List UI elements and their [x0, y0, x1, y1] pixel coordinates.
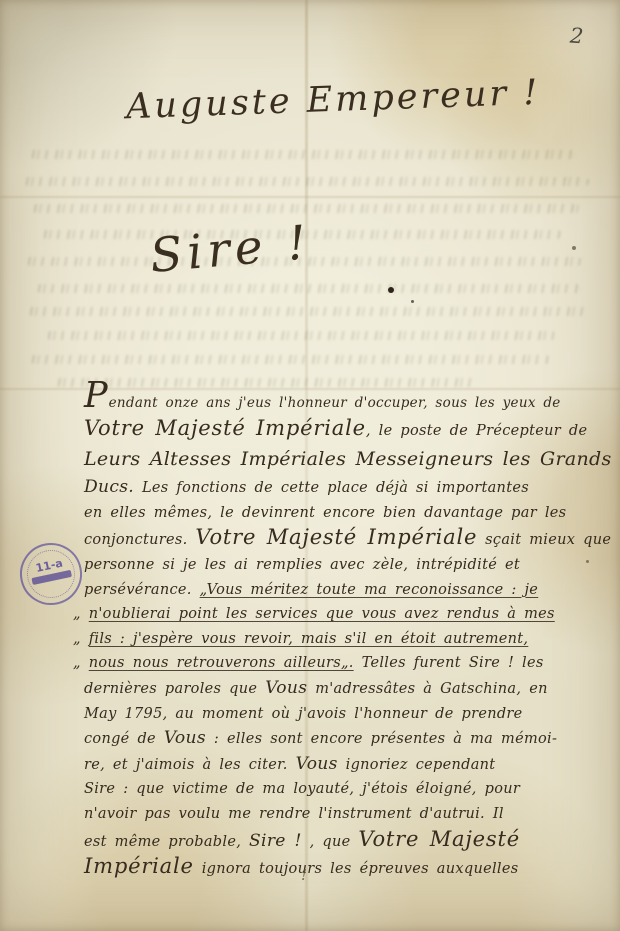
letter-salutation: Sire ! — [148, 215, 314, 284]
manuscript-line: dernières paroles que Vous m'adressâtes … — [84, 676, 606, 702]
bleedthrough-line — [28, 307, 588, 316]
ink-blot — [388, 287, 394, 293]
manuscript-text-segment: dernières paroles que — [84, 681, 265, 697]
manuscript-page: 2 Auguste Empereur ! Sire ! Pendant onze… — [0, 0, 620, 931]
manuscript-line: personne si je les ai remplies avec zèle… — [84, 553, 606, 578]
manuscript-text-segment: Ducs. — [84, 477, 134, 497]
manuscript-text-segment: Sire : que victime de ma loyauté, j'étoi… — [84, 781, 520, 797]
ink-speck — [411, 300, 414, 303]
manuscript-text-segment: , le poste de Précepteur de — [366, 423, 588, 439]
manuscript-text-segment: n'avoir pas voulu me rendre l'instrument… — [84, 806, 504, 822]
manuscript-text-segment: Pendant onze ans j'eus l'honneur d'occup… — [84, 395, 561, 411]
manuscript-text-segment: Impériale — [84, 853, 194, 878]
manuscript-text-segment: „ — [73, 606, 89, 622]
manuscript-line: congé de Vous : elles sont encore présen… — [84, 726, 606, 752]
manuscript-text-segment: : elles sont encore présentes à ma mémoi… — [206, 731, 557, 747]
manuscript-line: Leurs Altesses Impériales Messeigneurs l… — [84, 443, 606, 475]
manuscript-line: Votre Majesté Impériale, le poste de Pré… — [84, 416, 606, 444]
manuscript-text-segment: congé de — [84, 731, 164, 747]
bleedthrough-line — [46, 331, 556, 340]
manuscript-line: „ n'oublierai point les services que vou… — [84, 602, 606, 627]
manuscript-text-segment: Sire ! — [249, 831, 302, 851]
archive-stamp: 11-a — [14, 537, 88, 611]
bleedthrough-line — [32, 204, 580, 213]
manuscript-line: est même probable, Sire ! , que Votre Ma… — [84, 827, 606, 855]
manuscript-text-segment: re, et j'aimois à les citer. — [84, 757, 296, 773]
manuscript-line: n'avoir pas voulu me rendre l'instrument… — [84, 802, 606, 827]
manuscript-text-segment: m'adressâtes à Gatschina, en — [307, 681, 547, 697]
manuscript-line: „ fils : j'espère vous revoir, mais s'il… — [84, 627, 606, 652]
manuscript-line: re, et j'aimois à les citer. Vous ignori… — [84, 752, 606, 778]
manuscript-line: Impériale ignora toujours les épreuves a… — [84, 854, 606, 882]
manuscript-text-segment: persévérance. — [84, 582, 200, 598]
letter-body: Pendant onze ans j'eus l'honneur d'occup… — [84, 391, 606, 882]
bleedthrough-line — [24, 177, 589, 186]
manuscript-line: en elles mêmes, le devinrent encore bien… — [84, 501, 606, 526]
manuscript-text-segment: fils : j'espère vous revoir, mais s'il e… — [89, 631, 529, 647]
ink-speck — [572, 246, 576, 250]
manuscript-line: conjonctures. Votre Majesté Impériale sç… — [84, 525, 606, 553]
catchword-mark: ! — [301, 866, 307, 884]
letter-heading: Auguste Empereur ! — [125, 73, 541, 127]
manuscript-line: Pendant onze ans j'eus l'honneur d'occup… — [84, 391, 606, 416]
manuscript-text-segment: Telles furent Sire ! les — [354, 655, 544, 671]
manuscript-text-segment: conjonctures. — [84, 532, 195, 548]
manuscript-text-segment: n'oublierai point les services que vous … — [89, 606, 555, 622]
horizontal-fold-crease — [0, 196, 620, 198]
manuscript-text-segment: est même probable, — [84, 834, 249, 850]
manuscript-text-segment: „ — [73, 655, 89, 671]
manuscript-text-segment: May 1795, au moment où j'avois l'honneur… — [84, 706, 523, 722]
manuscript-text-segment: personne si je les ai remplies avec zèle… — [84, 557, 520, 573]
manuscript-text-segment: Votre Majesté Impériale — [84, 415, 366, 440]
manuscript-text-segment: nous nous retrouverons ailleurs„. — [89, 655, 354, 671]
folio-number: 2 — [569, 24, 584, 49]
manuscript-line: „ nous nous retrouverons ailleurs„. Tell… — [84, 651, 606, 676]
manuscript-text-segment: , que — [302, 834, 359, 850]
manuscript-text-segment: „ — [73, 631, 89, 647]
manuscript-text-segment: Vous — [164, 728, 206, 748]
bleedthrough-line — [30, 150, 575, 159]
bleedthrough-line — [56, 378, 476, 387]
manuscript-line: May 1795, au moment où j'avois l'honneur… — [84, 702, 606, 727]
manuscript-text-segment: en elles mêmes, le devinrent encore bien… — [84, 505, 566, 521]
manuscript-text-segment: Vous — [296, 754, 338, 774]
manuscript-text-segment: sçait mieux que — [477, 532, 611, 548]
manuscript-line: Ducs. Les fonctions de cette place déjà … — [84, 475, 606, 501]
manuscript-text-segment: Leurs Altesses Impériales Messeigneurs l… — [84, 448, 612, 470]
manuscript-text-segment: ignora toujours les épreuves auxquelles — [194, 861, 519, 877]
manuscript-text-segment: „Vous méritez toute ma reconoissance : j… — [200, 582, 539, 598]
manuscript-text-segment: Votre Majesté — [358, 826, 520, 851]
manuscript-text-segment: Votre Majesté Impériale — [195, 524, 477, 549]
manuscript-line: Sire : que victime de ma loyauté, j'étoi… — [84, 777, 606, 802]
manuscript-line: persévérance. „Vous méritez toute ma rec… — [84, 578, 606, 603]
manuscript-text-segment: ignoriez cependant — [338, 757, 496, 773]
bleedthrough-line — [30, 355, 550, 364]
manuscript-text-segment: Vous — [265, 678, 307, 698]
bleedthrough-line — [36, 284, 581, 293]
manuscript-text-segment: Les fonctions de cette place déjà si imp… — [134, 480, 529, 496]
